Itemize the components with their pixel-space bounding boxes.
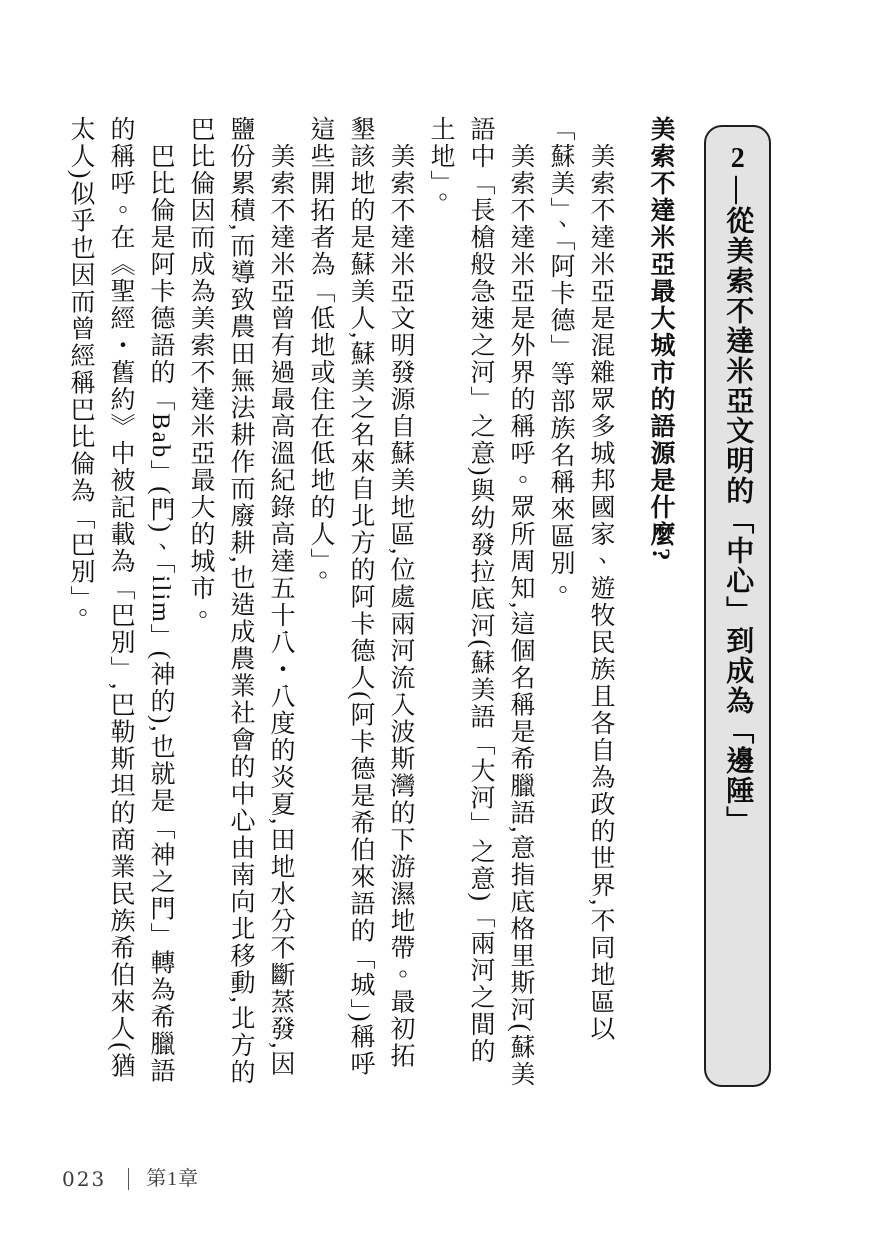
book-page: { "chapter_box": { "number": "2", "title… bbox=[0, 0, 886, 1241]
chapter-number: 2 bbox=[722, 143, 753, 176]
chapter-title-box: 2—從美索不達米亞文明的「中心」到成為「邊陲」 bbox=[704, 125, 771, 1087]
body-text: 美索不達米亞最大城市的語源是什麼? 美索不達米亞是混雜眾多城邦國家、遊牧民族且各… bbox=[96, 116, 680, 1088]
question-heading: 美索不達米亞最大城市的語源是什麼? bbox=[640, 116, 680, 1088]
page-footer: 023 第1章 bbox=[62, 1166, 199, 1192]
chapter-title-text: —從美索不達米亞文明的「中心」到成為「邊陲」 bbox=[722, 176, 753, 836]
paragraph: 美索不達米亞曾有過最高溫紀錄高達五十八・八度的炎夏,田地水分不斷蒸發,因鹽份累積… bbox=[180, 116, 300, 1088]
page-number: 023 bbox=[62, 1166, 106, 1192]
footer-separator-line bbox=[128, 1168, 129, 1190]
chapter-title: 2—從美索不達米亞文明的「中心」到成為「邊陲」 bbox=[721, 127, 755, 1085]
paragraph: 美索不達米亞是混雜眾多城邦國家、遊牧民族且各自為政的世界,不同地區以「蘇美」、「… bbox=[540, 116, 620, 1088]
paragraph: 美索不達米亞是外界的稱呼。眾所周知,這個名稱是希臘語,意指底格里斯河(蘇美語中「… bbox=[420, 116, 540, 1088]
chapter-label: 第1章 bbox=[146, 1166, 199, 1192]
paragraph: 美索不達米亞文明發源自蘇美地區,位處兩河流入波斯灣的下游濕地帶。最初拓墾該地的是… bbox=[300, 116, 420, 1088]
paragraph: 巴比倫是阿卡德語的「Bab」(門)、「ilim」(神的),也就是「神之門」轉為希… bbox=[60, 116, 180, 1088]
